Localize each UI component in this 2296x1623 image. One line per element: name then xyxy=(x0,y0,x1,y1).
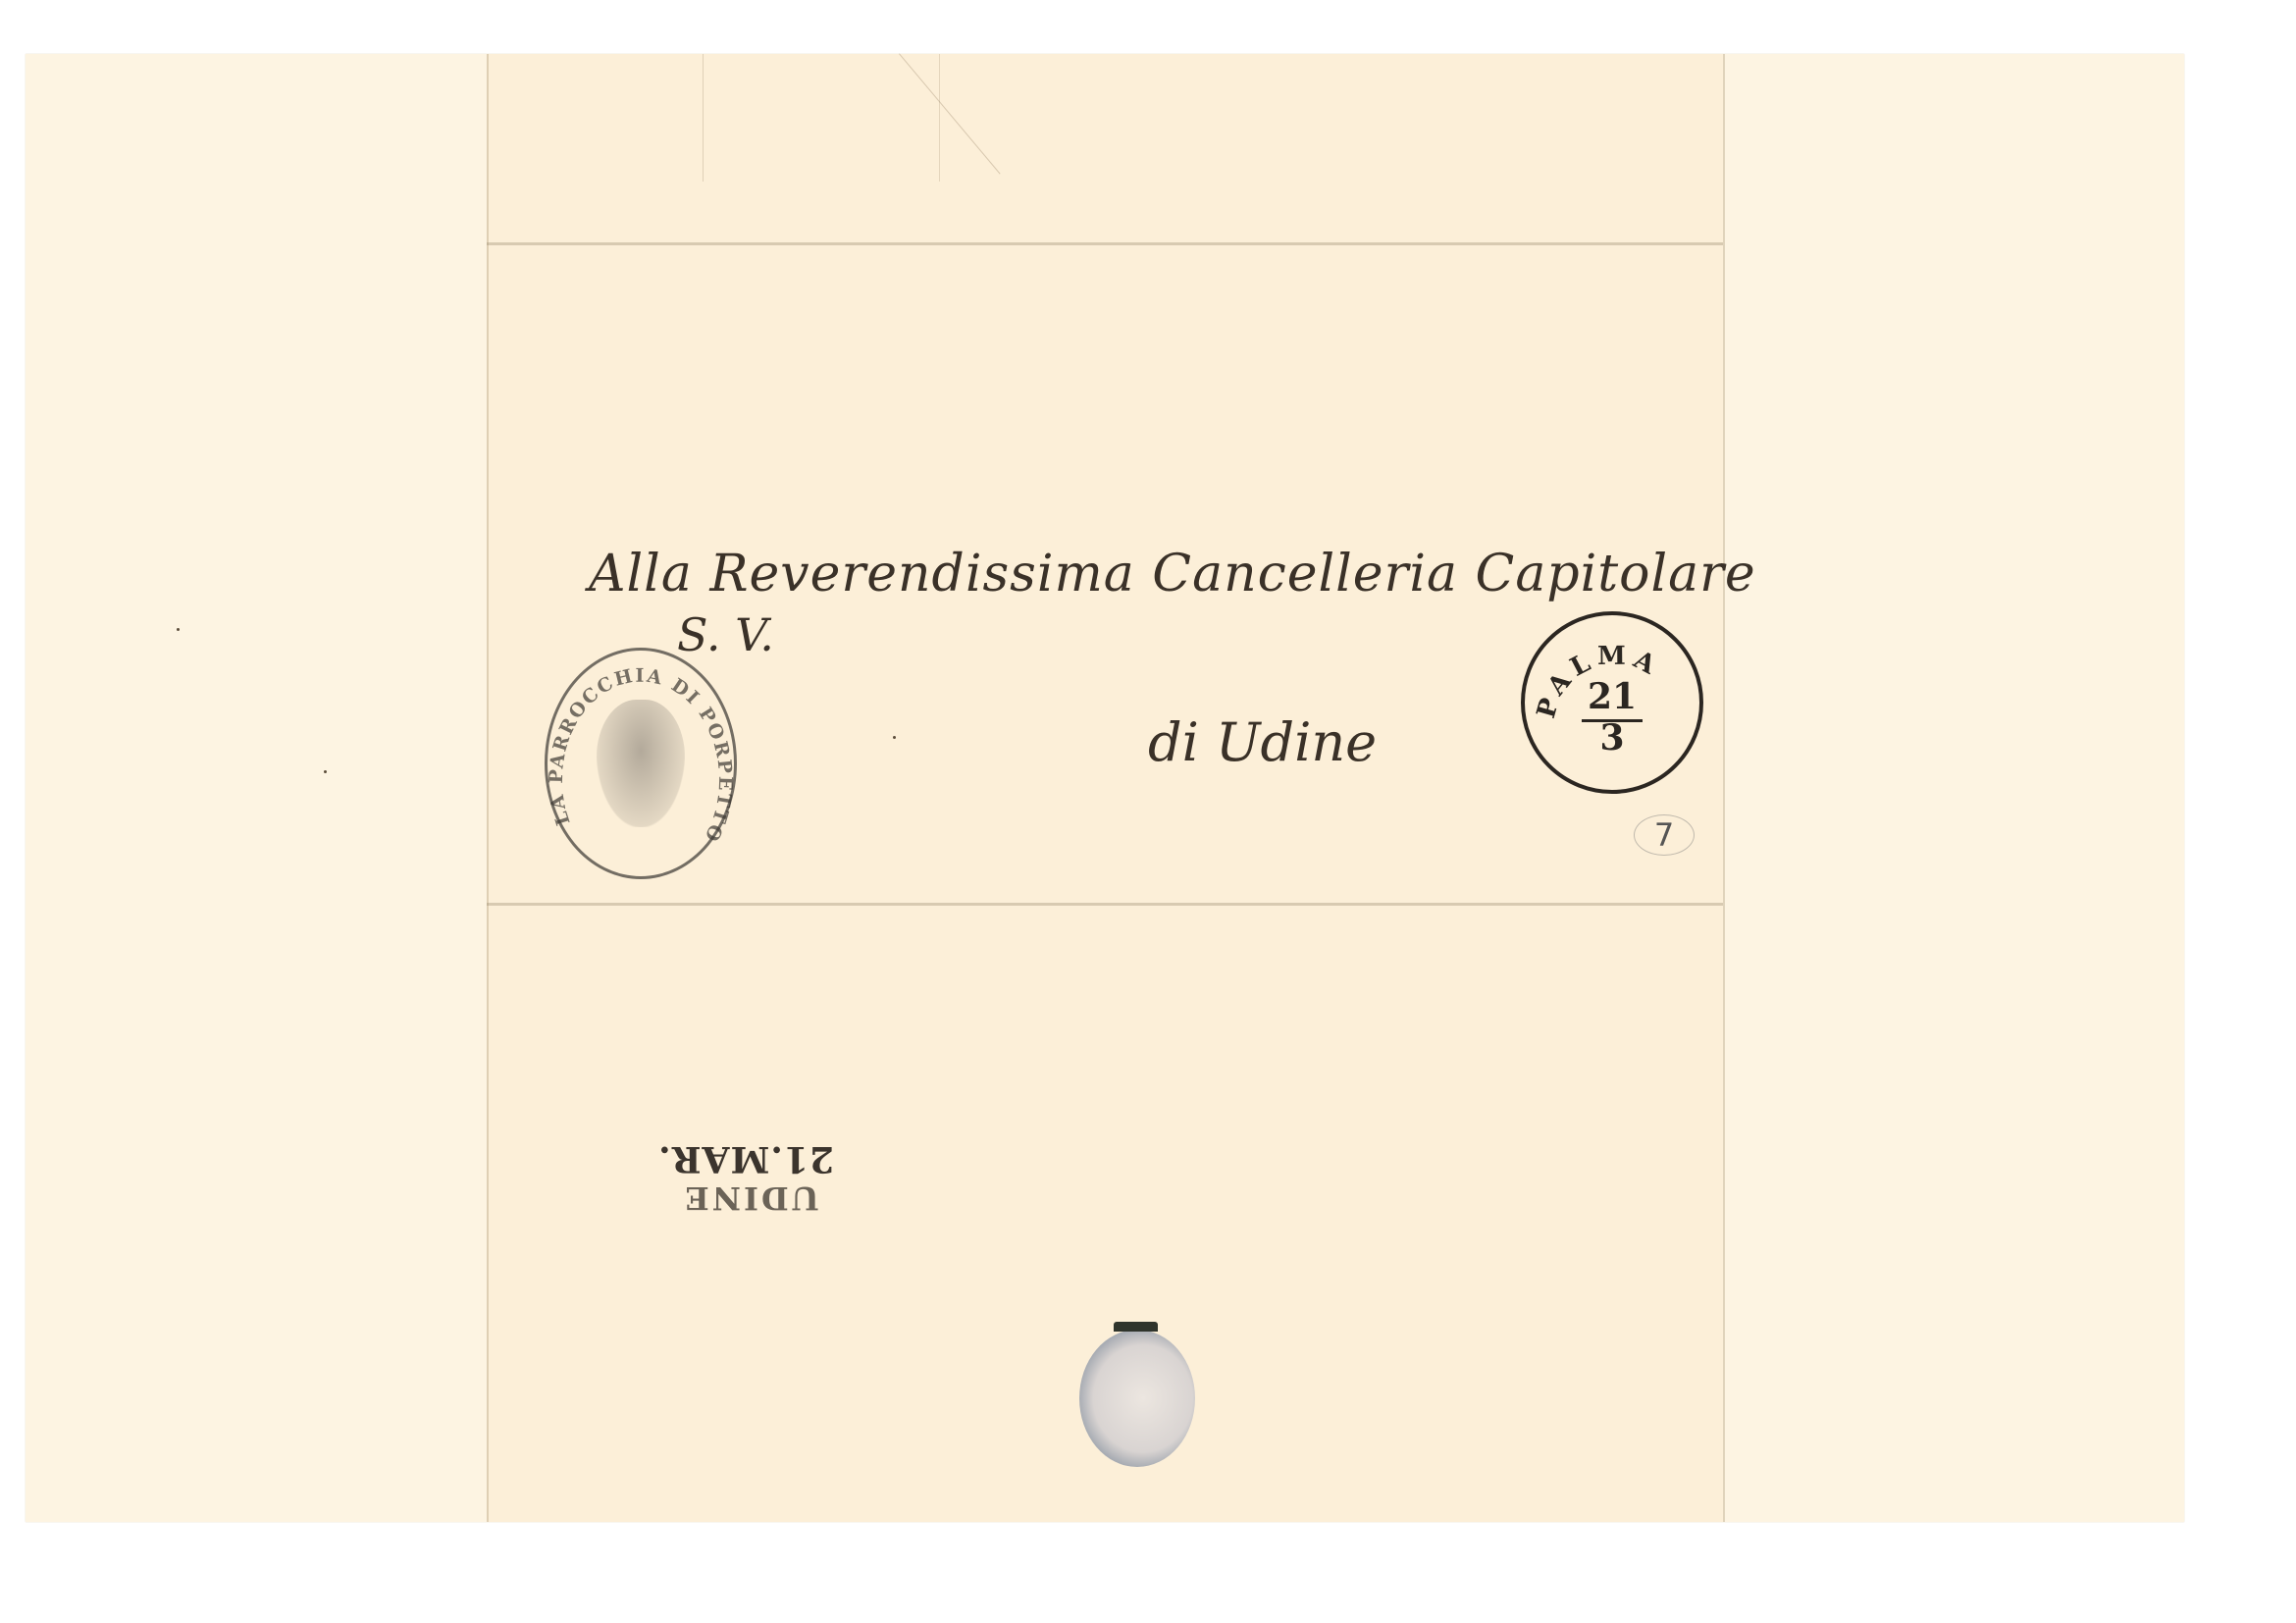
parish-seal-ring-text: LA PARROCCHIA DI PORPETTO xyxy=(548,651,734,876)
fold-line-left xyxy=(487,54,489,1522)
palma-postmark: PALMA 21 3 xyxy=(1521,611,1703,794)
palma-day: 21 xyxy=(1525,676,1699,717)
fold-line-right xyxy=(1723,54,1725,1522)
fold-line-top xyxy=(487,242,1723,245)
svg-text:LA PARROCCHIA DI PORPETTO: LA PARROCCHIA DI PORPETTO xyxy=(548,665,734,847)
palma-month: 3 xyxy=(1525,717,1699,759)
pencil-annotation: 7 xyxy=(1634,814,1695,856)
ink-speck xyxy=(324,770,327,773)
fold-line-bottom xyxy=(487,903,1723,906)
wax-seal-icon xyxy=(1079,1330,1195,1467)
left-flap xyxy=(26,54,487,1522)
address-recipient: Alla Reverendissima Cancelleria Capitola… xyxy=(589,545,1756,603)
parish-seal-stamp: LA PARROCCHIA DI PORPETTO xyxy=(545,648,737,879)
udine-date: 21.MAR. xyxy=(667,1138,834,1179)
udine-town: UDINE xyxy=(667,1179,834,1217)
ink-speck xyxy=(177,628,180,631)
paper-tear xyxy=(703,54,940,182)
address-city: di Udine xyxy=(1148,711,1377,773)
ink-speck xyxy=(893,736,896,739)
letter-sheet xyxy=(26,54,2184,1522)
right-flap xyxy=(1723,54,2184,1522)
udine-postmark: UDINE 21.MAR. xyxy=(667,1109,834,1217)
